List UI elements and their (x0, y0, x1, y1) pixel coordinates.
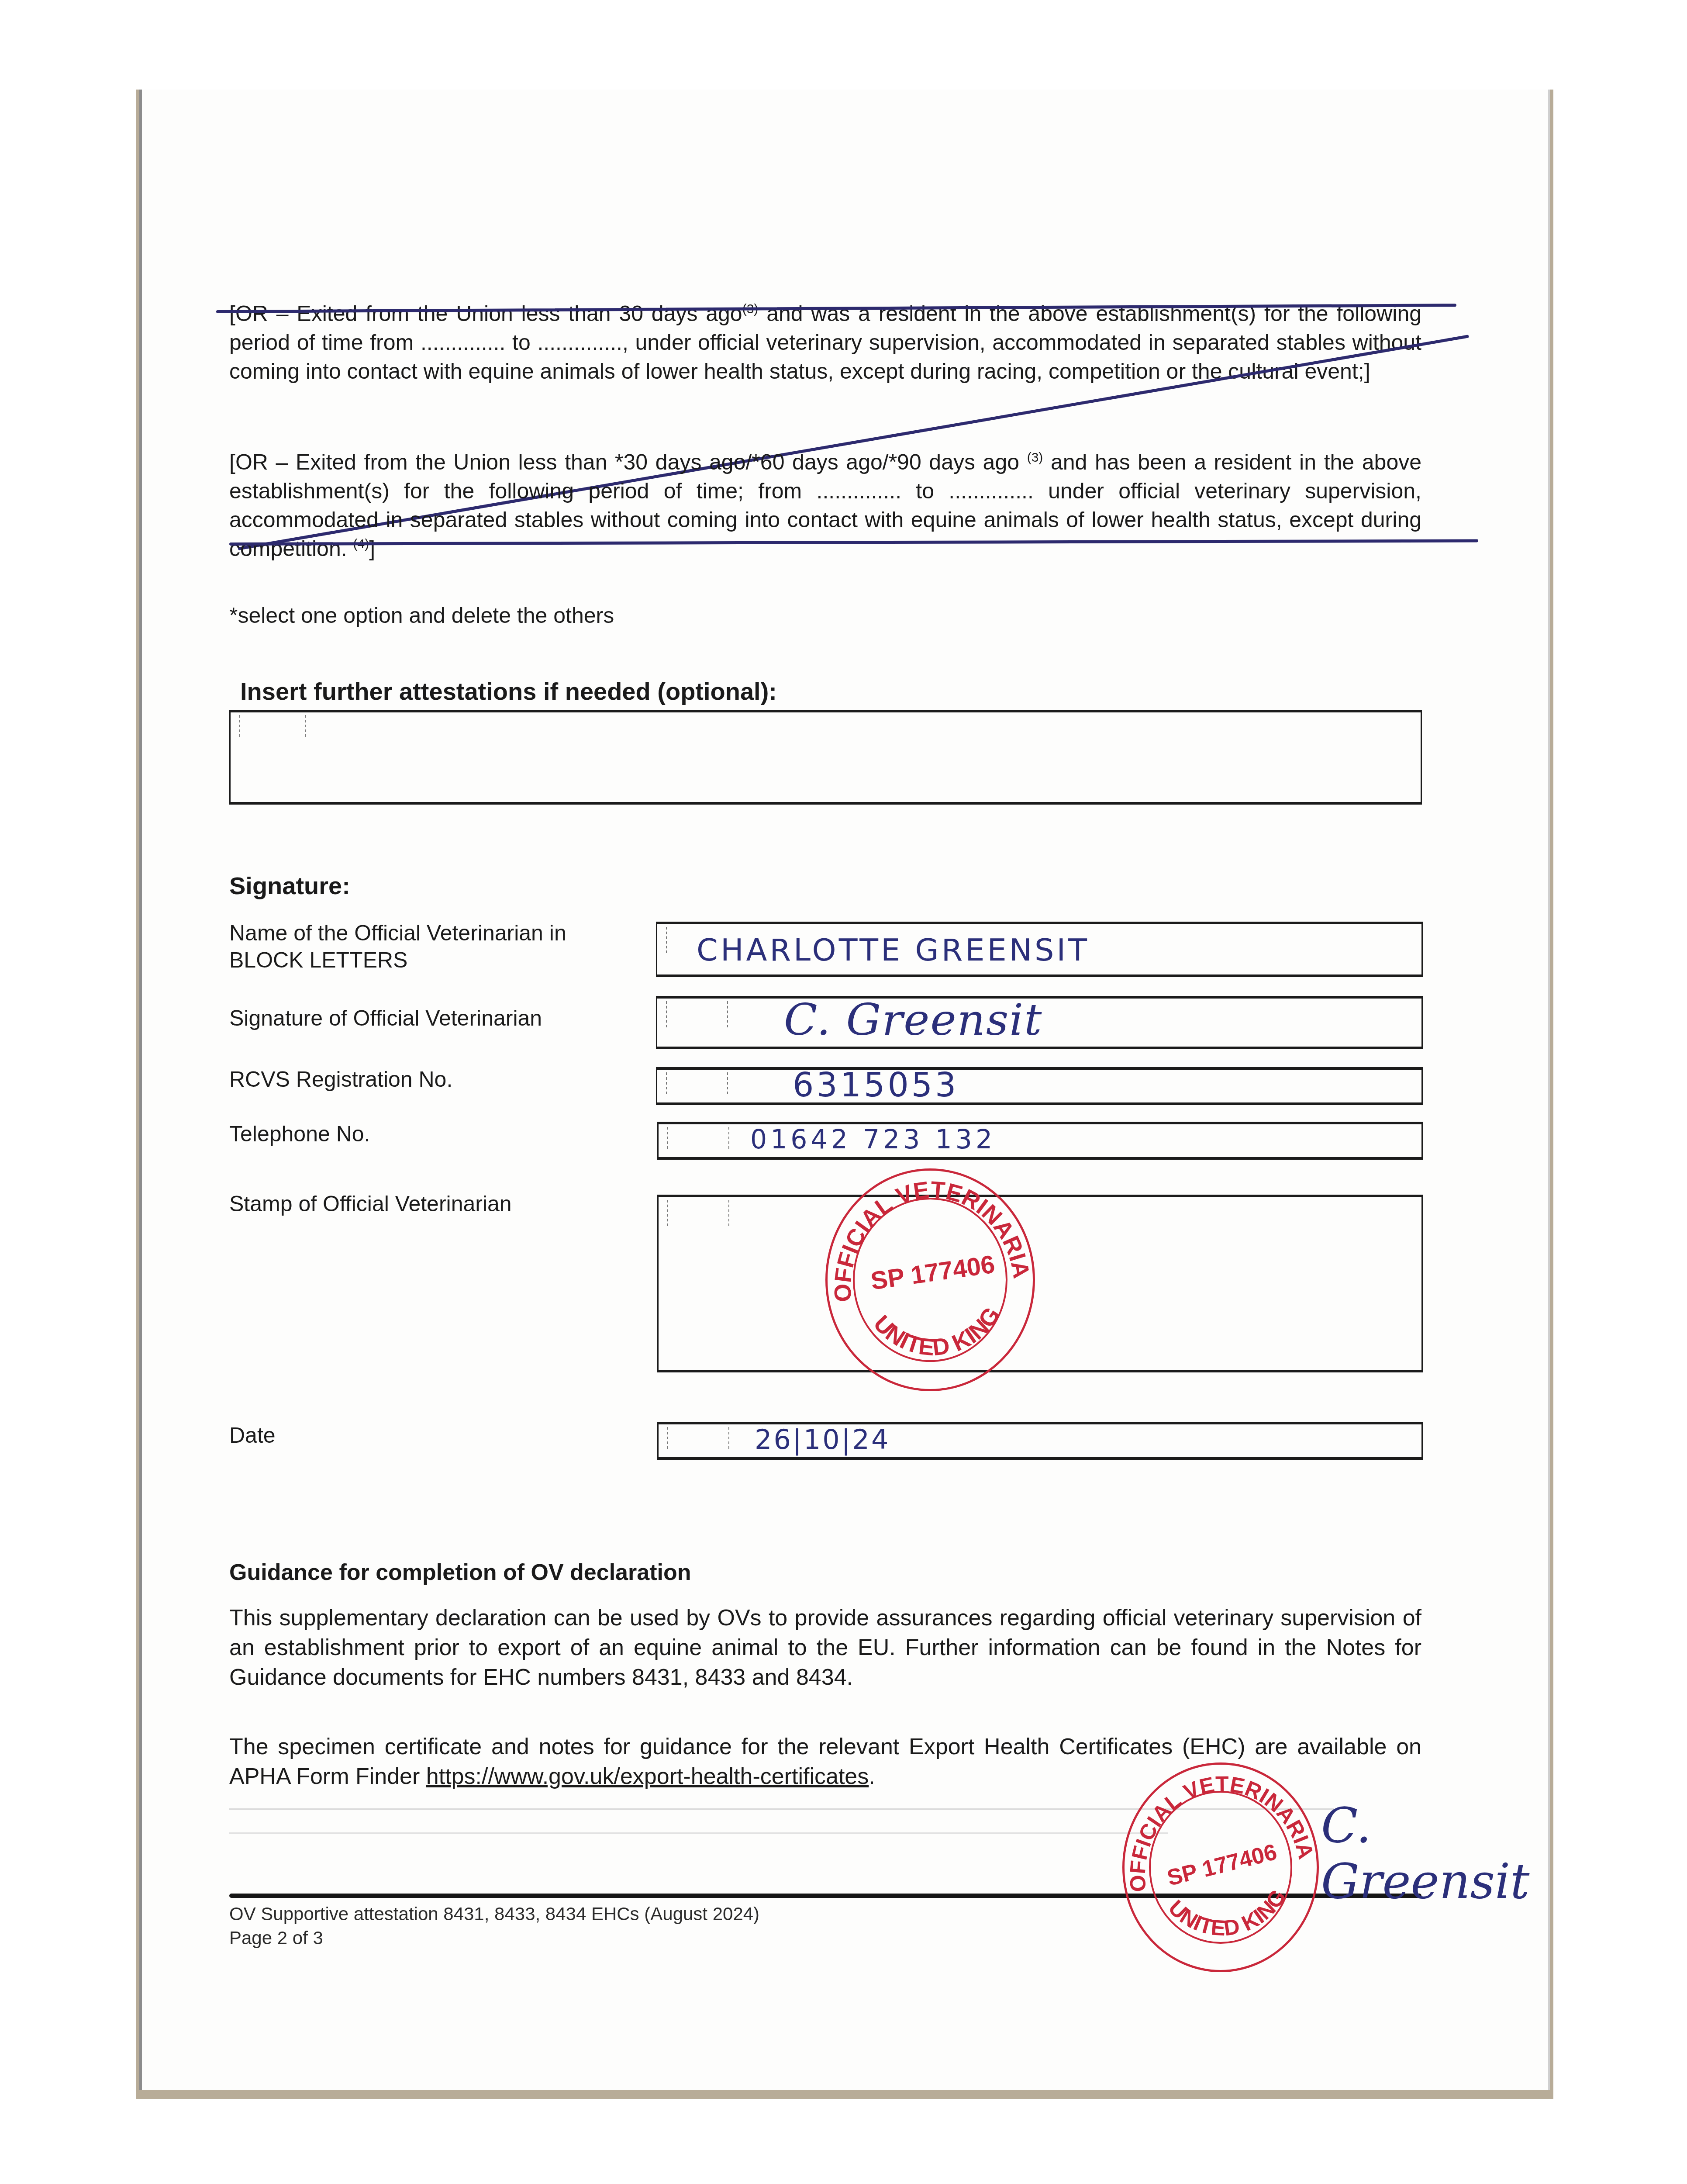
rcvs-label: RCVS Registration No. (229, 1066, 452, 1093)
select-note: *select one option and delete the others (229, 603, 614, 628)
signature-heading: Signature: (229, 871, 350, 900)
field-guide-mark (666, 1001, 667, 1027)
option-b-text: [OR – Exited from the Union less than *3… (229, 448, 1421, 563)
telephone-field[interactable]: 01642 723 132 (657, 1122, 1423, 1160)
signature-field[interactable]: C. Greensit (656, 996, 1423, 1049)
footer-page-number: Page 2 of 3 (229, 1926, 323, 1950)
field-guide-mark (667, 1427, 668, 1449)
field-guide-mark (727, 1072, 728, 1094)
further-attestations-heading: Insert further attestations if needed (o… (240, 677, 777, 705)
signature-label: Signature of Official Veterinarian (229, 1005, 542, 1032)
field-guide-mark (728, 1200, 729, 1226)
telephone-label: Telephone No. (229, 1120, 370, 1147)
name-field[interactable]: CHARLOTTE GREENSIT (656, 922, 1423, 977)
guidance-heading: Guidance for completion of OV declaratio… (229, 1559, 691, 1586)
field-guide-mark (728, 1127, 729, 1149)
field-guide-mark (666, 1072, 667, 1094)
date-field[interactable]: 26|10|24 (657, 1422, 1423, 1460)
field-guide-mark (727, 1001, 728, 1027)
field-guide-mark (305, 715, 306, 737)
field-guide-mark (666, 927, 667, 953)
field-guide-mark (728, 1427, 729, 1449)
guidance-paragraph-1: This supplementary declaration can be us… (229, 1603, 1421, 1692)
official-vet-stamp: OFFICIAL VETERINARIAN UNITED KINGDOM SP … (825, 1168, 1035, 1391)
date-value: 26|10|24 (755, 1424, 890, 1455)
faint-divider (229, 1832, 1168, 1834)
export-health-certificates-link[interactable]: https://www.gov.uk/export-health-certifi… (426, 1764, 869, 1789)
date-label: Date (229, 1422, 276, 1449)
stamp-label: Stamp of Official Veterinarian (229, 1190, 512, 1217)
name-value: CHARLOTTE GREENSIT (697, 932, 1090, 968)
telephone-value: 01642 723 132 (750, 1124, 996, 1155)
rcvs-value: 6315053 (793, 1065, 959, 1104)
document-page: [OR – Exited from the Union less than 30… (142, 90, 1548, 2090)
signature-value: C. Greensit (784, 994, 1042, 1045)
field-guide-mark (667, 1200, 668, 1226)
margin-signature: C. Greensit (1321, 1797, 1548, 1909)
field-guide-mark (239, 715, 240, 737)
stamp-field[interactable] (657, 1195, 1423, 1372)
name-label: Name of the Official Veterinarian in BLO… (229, 919, 587, 974)
footer-title: OV Supportive attestation 8431, 8433, 84… (229, 1902, 759, 1926)
official-vet-stamp-footer: OFFICIAL VETERINARIAN UNITED KINGDOM SP … (1122, 1762, 1319, 1972)
further-attestations-field[interactable] (229, 710, 1422, 805)
field-guide-mark (667, 1127, 668, 1149)
rcvs-field[interactable]: 6315053 (656, 1067, 1423, 1105)
